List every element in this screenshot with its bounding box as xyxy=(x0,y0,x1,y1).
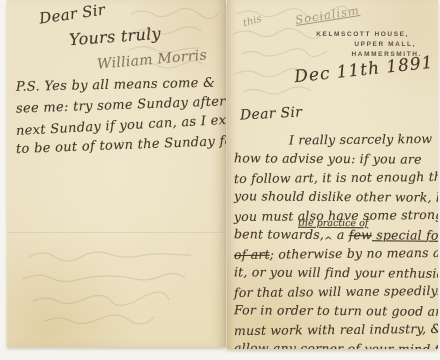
body-line: For in order to turn out good art you xyxy=(234,302,438,322)
letterhead-line: KELMSCOTT HOUSE, xyxy=(252,30,409,40)
ink-bleedthrough xyxy=(17,245,217,340)
letter-scan: Dear Sir Yours truly William Morris P.S.… xyxy=(0,0,440,360)
postscript: P.S. Yes by all means come & see me: try… xyxy=(16,77,226,157)
struck-word: few xyxy=(349,227,372,242)
salutation: Dear Sir xyxy=(240,104,303,123)
body-text: ; otherwise by no means attempt xyxy=(270,244,438,261)
pencil-note-this: this xyxy=(242,14,263,30)
letter-page-left: Dear Sir Yours truly William Morris P.S.… xyxy=(7,0,226,347)
letter-page-right: this Socialism KELMSCOTT HOUSE, UPPER MA… xyxy=(227,0,438,349)
letter-body: I really scarcely know how to advise you… xyxy=(234,132,438,349)
body-line: to follow art, it is not enough that xyxy=(234,169,438,190)
body-line: you should dislike other work, but xyxy=(234,188,438,208)
struck-phrase: of art xyxy=(234,247,270,262)
inserted-phrase: the practice of xyxy=(298,218,368,229)
pencil-note-socialism: Socialism xyxy=(294,3,360,27)
closing-salutation: Dear Sir xyxy=(38,0,106,27)
closing-valediction: Yours truly xyxy=(68,24,161,49)
body-text-underlined: special form xyxy=(372,227,438,243)
body-line: must work with real industry, & not xyxy=(234,321,438,342)
body-line: how to advise you: if you are xyxy=(234,150,438,170)
signature-william-morris: William Morris xyxy=(97,47,208,73)
body-line-with-strikeout: of art; otherwise by no means attempt xyxy=(234,245,438,266)
fold-crease xyxy=(7,232,226,234)
body-line: allow any corner of your mind to be xyxy=(234,340,438,349)
letterhead-line: UPPER MALL, xyxy=(252,40,416,50)
body-text: a xyxy=(333,227,349,242)
body-line: it, or you will find your enthusiasm xyxy=(234,264,438,284)
body-line: for that also will wane speedily. xyxy=(234,283,438,304)
body-line-with-insertion: bent towards,^ a few special formthe pra… xyxy=(234,226,438,246)
body-line: I really scarcely know xyxy=(234,131,438,152)
